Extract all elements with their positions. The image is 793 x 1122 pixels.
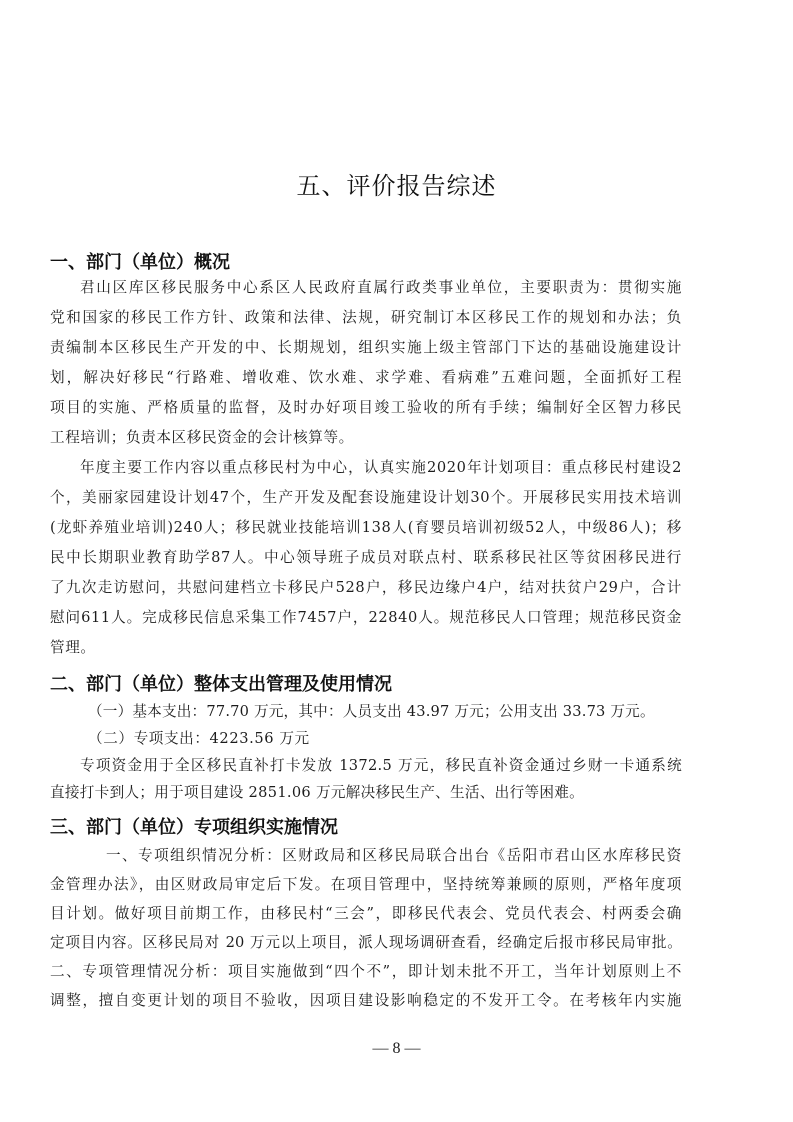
paragraph-line: 慰问611人。完成移民信息采集工作7457户，22840人。规范移民人口管理；规…	[50, 609, 682, 627]
section-heading-overview: 一、部门（单位）概况	[50, 248, 230, 274]
paragraph-line: 划，解决好移民“行路难、增收难、饮水难、求学难、看病难”五难问题，全面抓好工程	[50, 369, 682, 387]
paragraph-line: 目计划。做好项目前期工作，由移民村“三会”，即移民代表会、党员代表会、村两委会确	[50, 905, 682, 923]
paragraph-line: 二、专项管理情况分析：项目实施做到“四个不”，即计划未批不开工，当年计划原则上不	[50, 963, 682, 981]
paragraph-line: 金管理办法》，由区财政局审定后下发。在项目管理中，坚持统筹兼顾的原则，严格年度项	[50, 876, 682, 894]
paragraph-line: 工程培训；负责本区移民资金的会计核算等。	[50, 429, 682, 447]
special-expenditure-line: （二）专项支出：4223.56 万元	[50, 730, 682, 748]
paragraph-line: 民中长期职业教育助学87人。中心领导班子成员对联点村、联系移民社区等贫困移民进行	[50, 549, 682, 567]
page-number: — 8 —	[0, 1040, 793, 1058]
paragraph-line: (龙虾养殖业培训)240人；移民就业技能培训138人(育婴员培训初级52人，中级…	[50, 519, 682, 537]
paragraph-line: 个，美丽家园建设计划47个，生产开发及配套设施建设计划30个。开展移民实用技术培…	[50, 489, 682, 507]
paragraph-line: 责编制本区移民生产开发的中、长期规划，组织实施上级主管部门下达的基础设施建设计	[50, 339, 682, 357]
basic-expenditure-line: （一）基本支出：77.70 万元，其中：人员支出 43.97 万元；公用支出 3…	[50, 703, 682, 721]
page-title: 五、评价报告综述	[0, 166, 793, 201]
paragraph-line: 调整，擅自变更计划的项目不验收，因项目建设影响稳定的不发开工令。在考核年内实施	[50, 992, 682, 1010]
paragraph-line: 定项目内容。区移民局对 20 万元以上项目，派人现场调研查看，经确定后报市移民局…	[50, 934, 682, 952]
paragraph-line: 管理。	[50, 639, 682, 657]
paragraph-line: 君山区库区移民服务中心系区人民政府直属行政类事业单位，主要职责为：贯彻实施	[50, 279, 682, 297]
section-heading-implementation: 三、部门（单位）专项组织实施情况	[50, 813, 338, 839]
paragraph-line: 年度主要工作内容以重点移民村为中心，认真实施2020年计划项目：重点移民村建设2	[50, 459, 682, 477]
paragraph-line: 专项资金用于全区移民直补打卡发放 1372.5 万元，移民直补资金通过乡财一卡通…	[50, 757, 682, 775]
paragraph-line: 党和国家的移民工作方针、政策和法律、法规，研究制订本区移民工作的规划和办法；负	[50, 309, 682, 327]
paragraph-line: 一、专项组织情况分析：区财政局和区移民局联合出台《岳阳市君山区水库移民资	[50, 847, 682, 865]
paragraph-line: 项目的实施、严格质量的监督，及时办好项目竣工验收的所有手续；编制好全区智力移民	[50, 399, 682, 417]
paragraph-line: 直接打卡到人；用于项目建设 2851.06 万元解决移民生产、生活、出行等困难。	[50, 784, 682, 802]
paragraph-line: 了九次走访慰问，共慰问建档立卡移民户528户，移民边缘户4户，结对扶贫户29户，…	[50, 579, 682, 597]
section-heading-expenditure: 二、部门（单位）整体支出管理及使用情况	[50, 670, 392, 696]
